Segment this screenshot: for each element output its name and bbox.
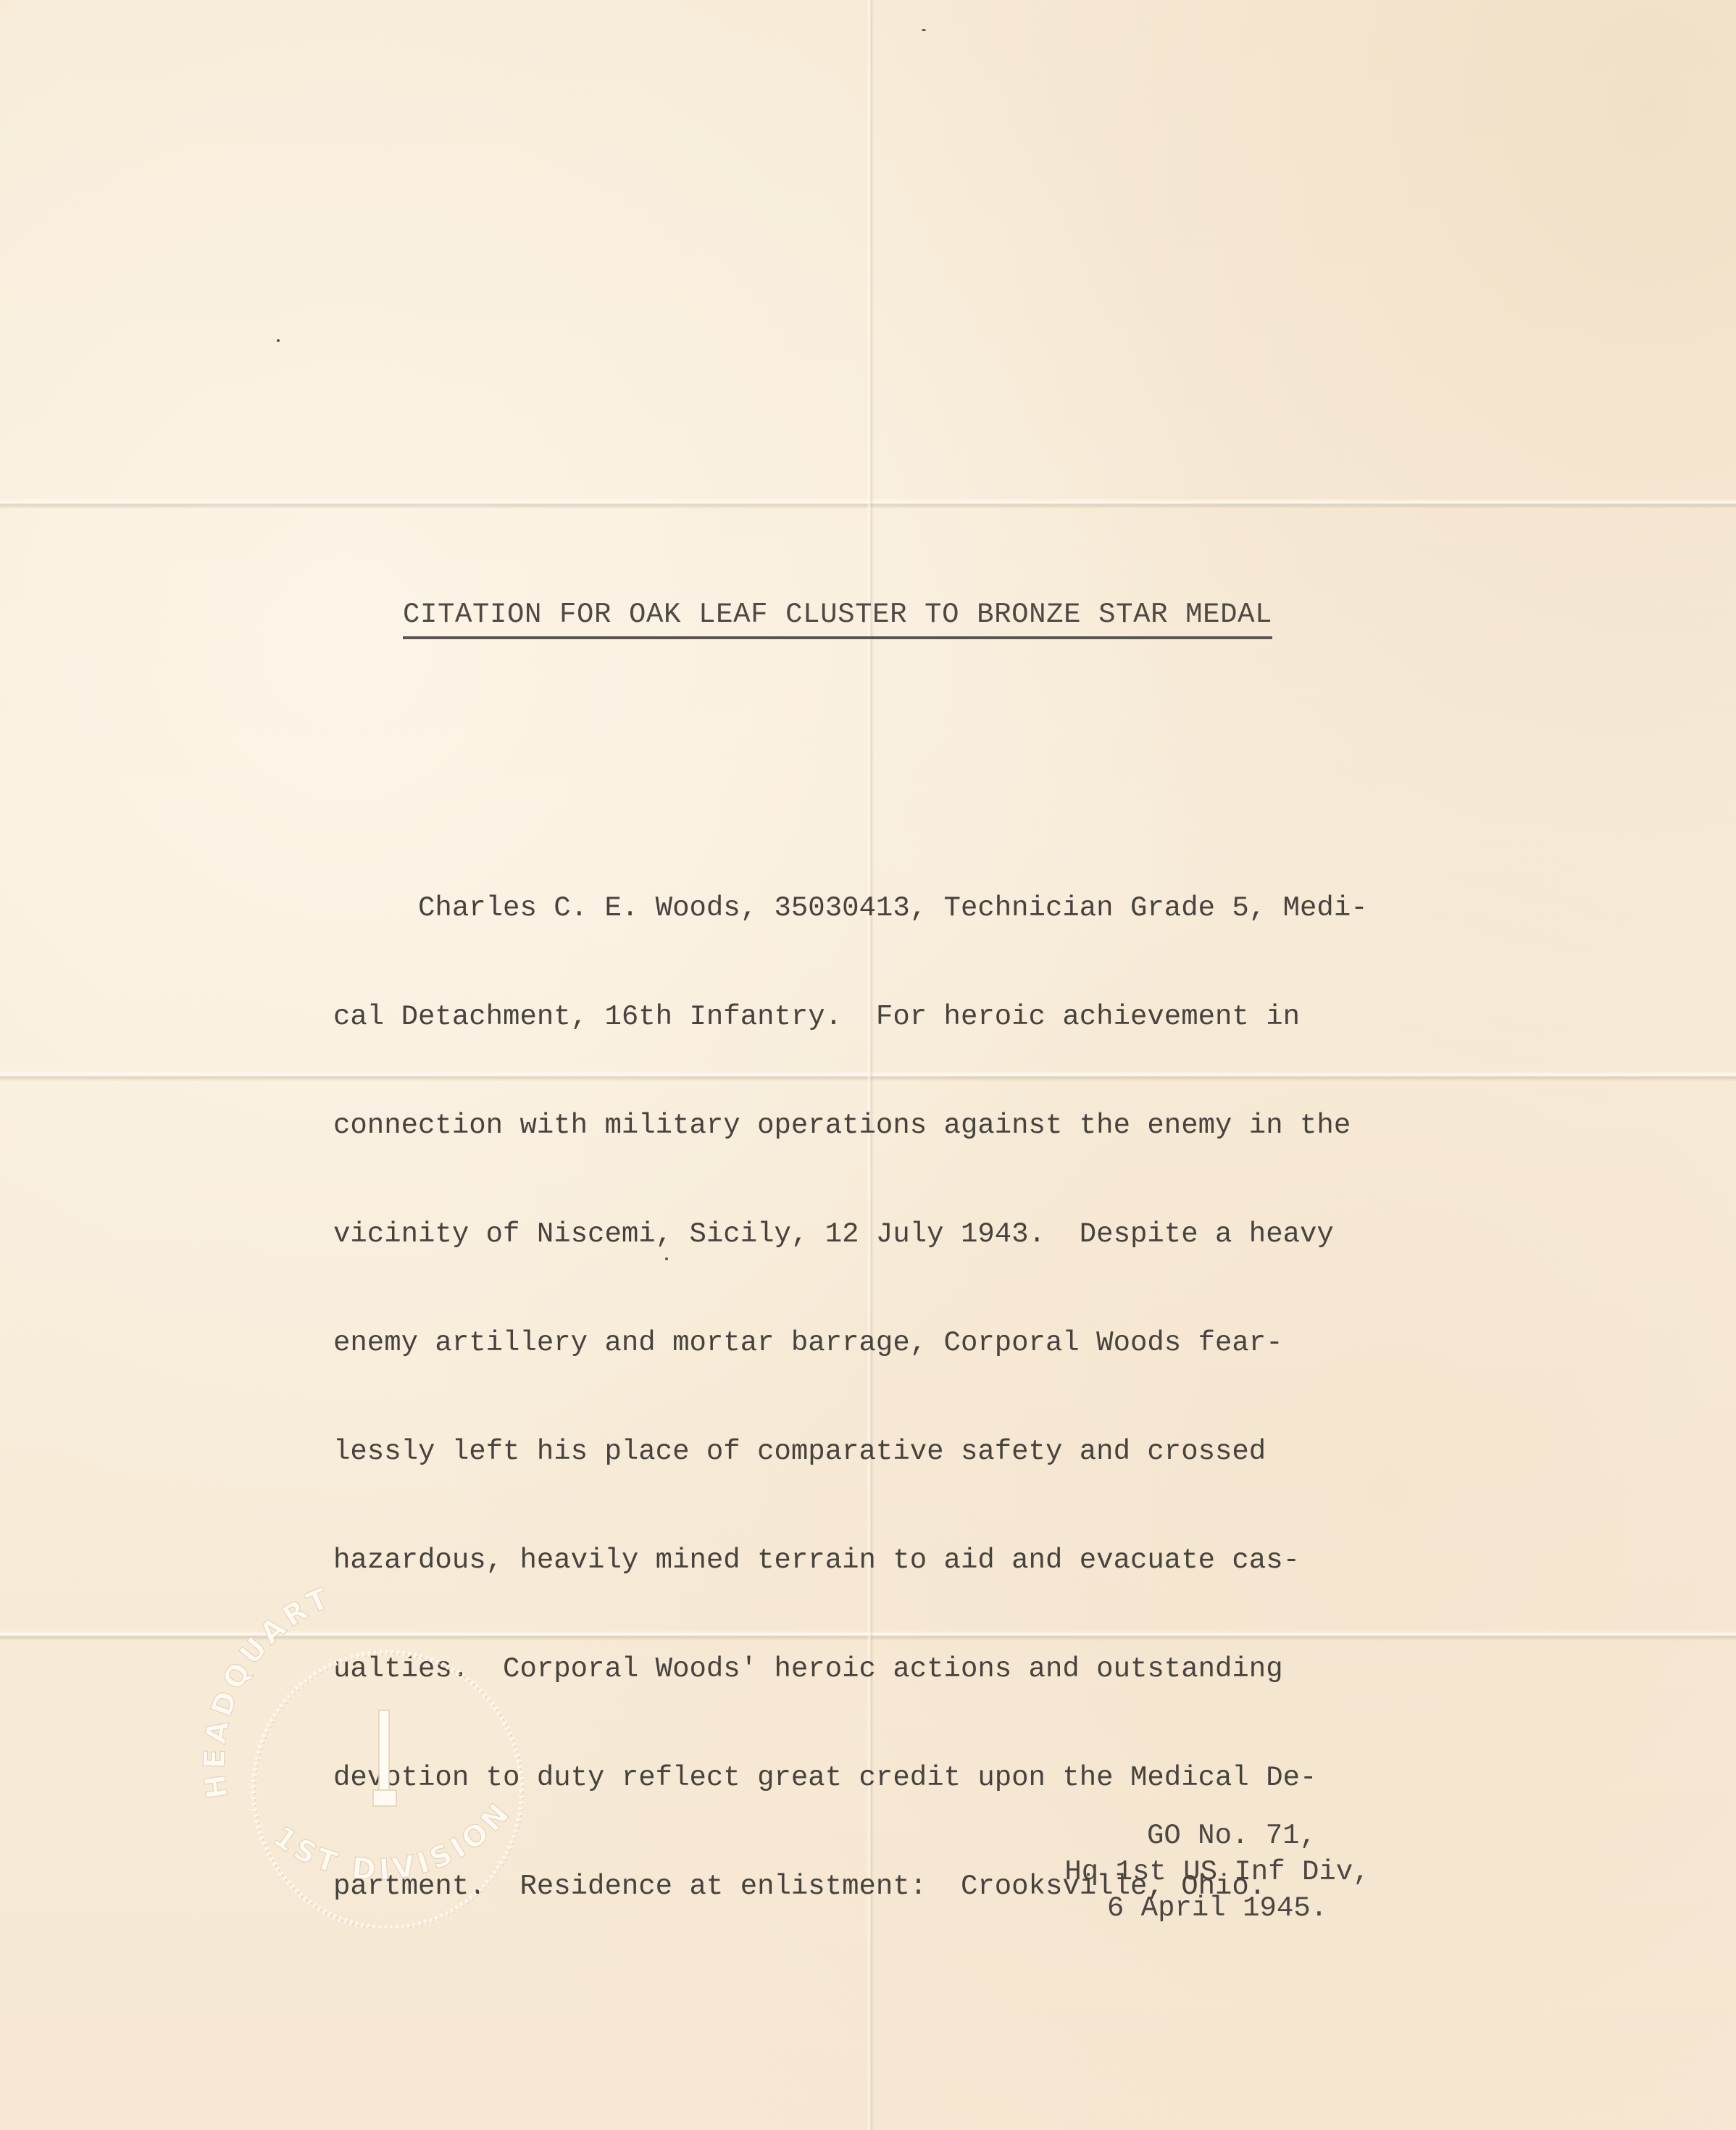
body-line: connection with military operations agai… (333, 1107, 1464, 1144)
ink-speck (922, 29, 926, 31)
body-line: cal Detachment, 16th Infantry. For heroi… (333, 999, 1464, 1035)
body-line: Charles C. E. Woods, 35030413, Technicia… (333, 890, 1464, 926)
body-line: lessly left his place of comparative saf… (333, 1434, 1464, 1470)
svg-text:1ST DIVISION: 1ST DIVISION (267, 1794, 519, 1887)
body-line: vicinity of Niscemi, Sicily, 12 July 194… (333, 1216, 1464, 1252)
seal-bottom-text: 1ST DIVISION (267, 1794, 519, 1887)
svg-text:HEADQUARTERS: HEADQUARTERS (163, 1536, 338, 1801)
order-date: 6 April 1945. (1036, 1890, 1398, 1926)
general-order-reference: GO No. 71, Hq 1st US Inf Div, 6 April 19… (1036, 1818, 1398, 1926)
body-line: enemy artillery and mortar barrage, Corp… (333, 1325, 1464, 1361)
seal-top-text: HEADQUARTERS (163, 1536, 338, 1801)
embossed-seal-icon: HEADQUARTERS 1ST DIVISION (163, 1536, 598, 1928)
order-number: GO No. 71, (1036, 1818, 1398, 1854)
issuing-headquarters: Hq 1st US Inf Div, (1036, 1854, 1398, 1890)
ink-speck (277, 339, 280, 342)
citation-title: CITATION FOR OAK LEAF CLUSTER TO BRONZE … (403, 599, 1272, 639)
